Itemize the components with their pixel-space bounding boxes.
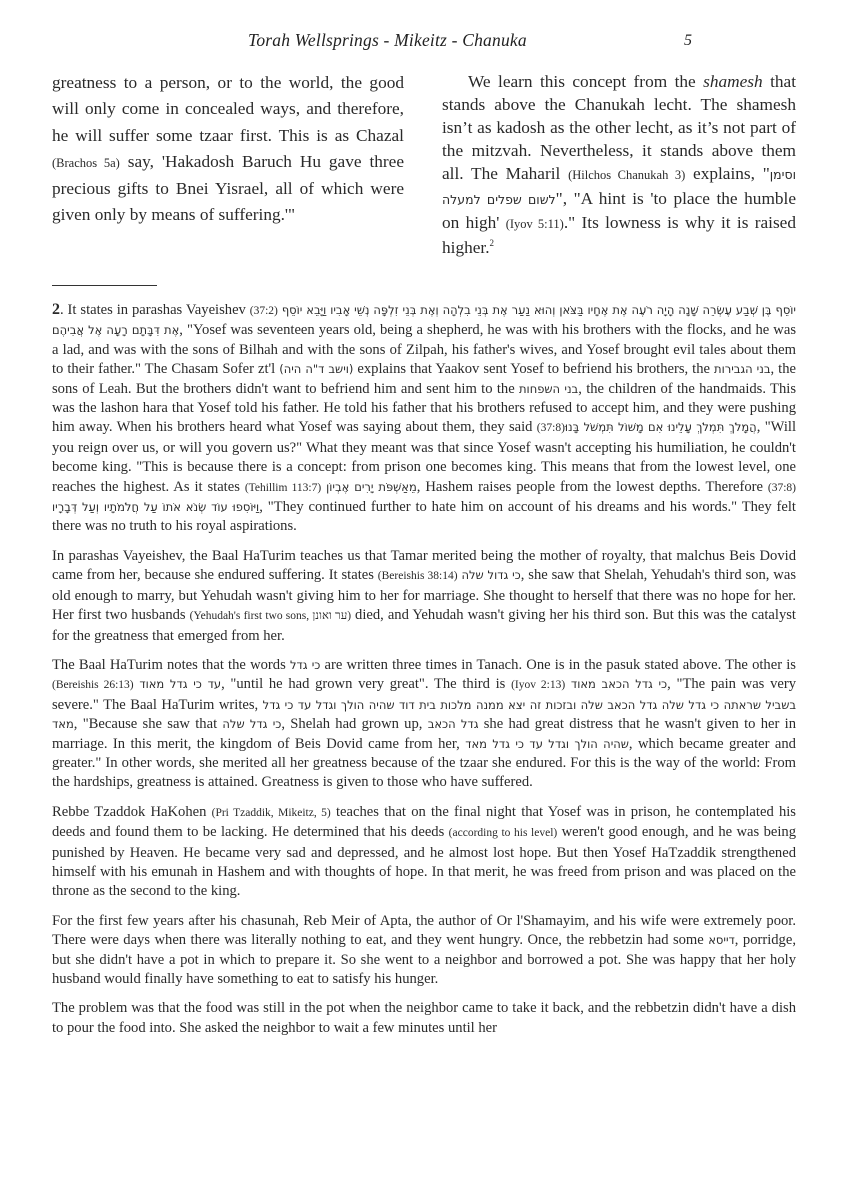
footnote-paragraph: The problem was that the food was still …: [52, 999, 796, 1038]
footnotes-section: 2. It states in parashas Vayeishev (37:2…: [52, 300, 796, 1048]
footnote-text: . It states in parashas Vayeishev: [60, 302, 250, 318]
source-ref: (Iyov 2:13): [511, 679, 565, 691]
source-ref: (37:2): [250, 305, 278, 317]
left-text-1: greatness to a person, or to the world, …: [52, 73, 404, 145]
footnote-text: The Baal HaTurim notes that the words: [52, 657, 290, 673]
hebrew-quote: מֵאַשְׁפֹּת יָרִים אֶבְיוֹן: [326, 480, 417, 494]
hebrew-quote: כי גדול שלה: [461, 568, 520, 582]
footnote-paragraph: The Baal HaTurim notes that the words כי…: [52, 656, 796, 793]
source-ref: (Iyov 5:11): [506, 217, 564, 231]
source-ref: (37:8): [768, 482, 796, 494]
source-ref: (Bereishis 38:14): [378, 570, 458, 582]
source-ref: (Tehillim 113:7): [245, 482, 321, 494]
footnote-text: , Hashem raises people from the lowest d…: [417, 479, 768, 495]
right-text-3: explains, ": [685, 164, 769, 183]
hebrew-quote: גדל הכאב: [428, 717, 479, 731]
page-number: 5: [684, 32, 692, 50]
hebrew-quote: יוֹסֵף בֶּן שְׁבַע עֶשְׂרֵה שָׁנָה הָיָה…: [330, 303, 796, 317]
source-ref: (37:8): [537, 422, 565, 434]
source-ref: (Yehudah's first two sons, ער ואונן): [190, 610, 351, 622]
footnote-paragraph: 2. It states in parashas Vayeishev (37:2…: [52, 300, 796, 537]
footnote-text: For the first few years after his chasun…: [52, 913, 796, 948]
right-column: We learn this concept from the shamesh t…: [442, 70, 796, 259]
right-text-1: We learn this concept from the: [468, 72, 703, 91]
hebrew-quote: וַיּוֹסִפוּ עוֹד שְׂנֹא אֹתוֹ עַל חֲלֹמֹ…: [52, 500, 259, 514]
hebrew-quote: כי גדל הכאב מאוד: [571, 677, 667, 691]
source-ref: (Hilchos Chanukah 3): [568, 168, 685, 182]
footnote-text: The problem was that the food was still …: [52, 1000, 796, 1035]
source-ref: (Bereishis 26:13): [52, 679, 134, 691]
footnote-text: are written three times in Tanach. One i…: [320, 657, 796, 673]
source-ref: (וישב ד"ה היה): [279, 362, 353, 376]
footnote-text: Rebbe Tzaddok HaKohen: [52, 804, 212, 820]
shamesh-term: shamesh: [703, 72, 763, 91]
running-header: Torah Wellsprings - Mikeitz - Chanuka 5: [0, 30, 849, 60]
hebrew-quote: הֲמָלֹךְ תִּמְלֹךְ עָלֵינוּ אִם מָשׁוֹל …: [565, 420, 757, 434]
footnote-marker[interactable]: 2: [490, 238, 495, 248]
footnote-text: , "until he had grown very great". The t…: [221, 676, 511, 692]
hebrew-quote: בני הגבירות: [714, 362, 771, 376]
hebrew-quote: בני השפחות: [519, 382, 578, 396]
left-column: greatness to a person, or to the world, …: [52, 70, 404, 229]
footnote-number: 2: [52, 301, 60, 318]
footnote-paragraph: In parashas Vayeishev, the Baal HaTurim …: [52, 547, 796, 646]
running-header-title: Torah Wellsprings - Mikeitz - Chanuka: [248, 30, 527, 51]
footnote-divider: [52, 285, 157, 286]
source-ref: (according to his level): [449, 827, 558, 839]
hebrew-quote: עד כי גדל מאוד: [139, 677, 221, 691]
source-ref: (Brachos 5a): [52, 156, 120, 170]
hebrew-quote: דייסא: [708, 933, 735, 947]
hebrew-quote: כי גדל שלה: [222, 717, 281, 731]
footnote-paragraph: For the first few years after his chasun…: [52, 912, 796, 990]
footnote-text: , "Because she saw that: [74, 716, 223, 732]
hebrew-quote: כי גדל: [290, 658, 320, 672]
source-ref: (Pri Tzaddik, Mikeitz, 5): [212, 807, 331, 819]
footnote-paragraph: Rebbe Tzaddok HaKohen (Pri Tzaddik, Mike…: [52, 803, 796, 902]
hebrew-quote: שהיה הולך וגדל עד כי גדל מאד: [465, 737, 629, 751]
footnote-text: , Shelah had grown up,: [281, 716, 427, 732]
footnote-text: explains that Yaakov sent Yosef to befri…: [353, 361, 714, 377]
